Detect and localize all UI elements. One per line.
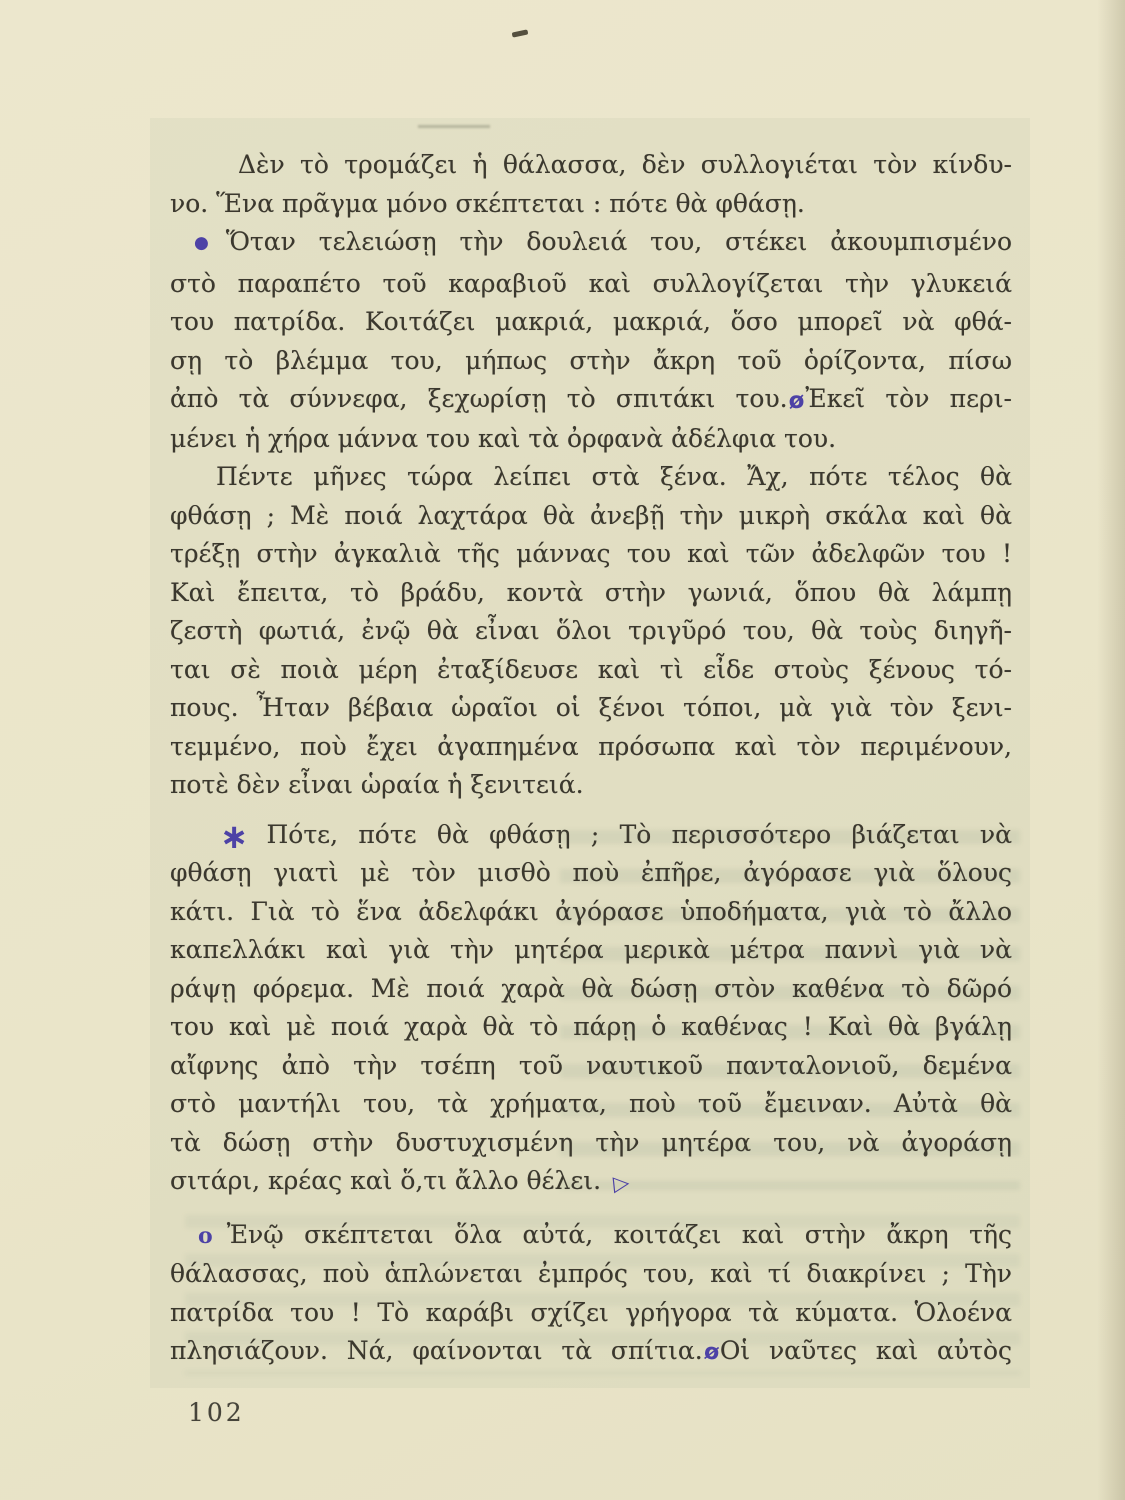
ink-speck — [512, 29, 529, 37]
text-line: Πέντε μῆνες τώρα λείπει στὰ ξένα. Ἄχ, πό… — [170, 458, 1012, 497]
text-line: φθάσῃ γιατὶ μὲ τὸν μισθὸ ποὺ ἐπῆρε, ἀγόρ… — [170, 854, 1012, 893]
text-line: πλησιάζουν. Νά, φαίνονται τὰ σπίτια.øΟἱ … — [170, 1332, 1012, 1373]
page-edge-shadow — [1097, 0, 1125, 1500]
pen-mark-slashed-oval: ø — [789, 388, 805, 414]
text-line: Δὲν τὸ τρομάζει ἡ θάλασσα, δὲν συλλογιέτ… — [170, 146, 1012, 185]
page-number: 102 — [188, 1398, 245, 1427]
text-line: νο. Ἕνα πρᾶγμα μόνο σκέπτεται : πότε θὰ … — [170, 185, 1012, 224]
text-line: φθάσῃ ; Μὲ ποιά λαχτάρα θὰ ἀνεβῇ τὴν μικ… — [170, 497, 1012, 536]
text-line: τρέξῃ στὴν ἀγκαλιὰ τῆς μάννας του καὶ τῶ… — [170, 535, 1012, 574]
text-block: Δὲν τὸ τρομάζει ἡ θάλασσα, δὲν συλλογιέτ… — [170, 146, 1012, 1373]
pen-mark-slashed-oval: ø — [701, 1333, 722, 1373]
text-line: σιτάρι, κρέας καὶ ὅ,τι ἄλλο θέλει.▷ — [170, 1162, 1012, 1202]
text-line: ται σὲ ποιὰ μέρη ἐταξίδευσε καὶ τὶ εἶδε … — [170, 651, 1012, 690]
text-line: αἴφνης ἀπὸ τὴν τσέπη τοῦ ναυτικοῦ πανταλ… — [170, 1047, 1012, 1086]
text-line: του καὶ μὲ ποιά χαρὰ θὰ τὸ πάρῃ ὁ καθένα… — [170, 1008, 1012, 1047]
text-line: στὸ μαντήλι του, τὰ χρήματα, ποὺ τοῦ ἔμε… — [170, 1085, 1012, 1124]
pen-mark-dot: ● — [194, 233, 224, 253]
text-line: οἘνῷ σκέπτεται ὅλα αὐτά, κοιτάζει καὶ στ… — [170, 1216, 1012, 1256]
text-line: ●Ὅταν τελειώσῃ τὴν δουλειά του, στέκει ἀ… — [170, 223, 1012, 265]
text-line: πους. Ἦταν βέβαια ὡραῖοι οἱ ξένοι τόποι,… — [170, 689, 1012, 728]
text-line: κάτι. Γιὰ τὸ ἕνα ἀδελφάκι ἀγόρασε ὑποδήμ… — [170, 893, 1012, 932]
text-line: του πατρίδα. Κοιτάζει μακριά, μακριά, ὅσ… — [170, 303, 1012, 342]
pen-mark-asterisk: ∗ — [220, 817, 249, 857]
show-through-dash — [418, 125, 490, 128]
text-line: ∗Πότε, πότε θὰ φθάσῃ ; Τὸ περισσότερο βι… — [170, 813, 1012, 855]
text-line: σῃ τὸ βλέμμα του, μήπως στὴν ἄκρη τοῦ ὁρ… — [170, 342, 1012, 381]
pen-mark-circle: ο — [198, 1223, 213, 1249]
text-line: στὸ παραπέτο τοῦ καραβιοῦ καὶ συλλογίζετ… — [170, 265, 1012, 304]
text-line: ράψῃ φόρεμα. Μὲ ποιά χαρὰ θὰ δώσῃ στὸν κ… — [170, 970, 1012, 1009]
text-line: ἀπὸ τὰ σύννεφα, ξεχωρίσῃ τὸ σπιτάκι του.… — [170, 380, 1012, 420]
text-line: θάλασσας, ποὺ ἁπλώνεται ἐμπρός του, καὶ … — [170, 1255, 1012, 1294]
book-page: Δὲν τὸ τρομάζει ἡ θάλασσα, δὲν συλλογιέτ… — [0, 0, 1125, 1500]
text-line: καπελλάκι καὶ γιὰ τὴν μητέρα μερικὰ μέτρ… — [170, 931, 1012, 970]
text-line: μένει ἡ χήρα μάννα του καὶ τὰ ὀρφανὰ ἀδέ… — [170, 420, 1012, 459]
text-line: Καὶ ἔπειτα, τὸ βράδυ, κοντὰ στὴν γωνιά, … — [170, 574, 1012, 613]
text-line: ζεστὴ φωτιά, ἐνῷ θὰ εἶναι ὅλοι τριγῦρό τ… — [170, 612, 1012, 651]
pen-mark-triangle: ▷ — [611, 1163, 631, 1203]
text-line: τεμμένο, ποὺ ἔχει ἀγαπημένα πρόσωπα καὶ … — [170, 728, 1012, 767]
text-line: πατρίδα του ! Τὸ καράβι σχίζει γρήγορα τ… — [170, 1294, 1012, 1333]
text-line: ποτὲ δὲν εἶναι ὡραία ἡ ξενιτειά. — [170, 766, 1012, 805]
text-line: τὰ δώσῃ στὴν δυστυχισμένη τὴν μητέρα του… — [170, 1124, 1012, 1163]
